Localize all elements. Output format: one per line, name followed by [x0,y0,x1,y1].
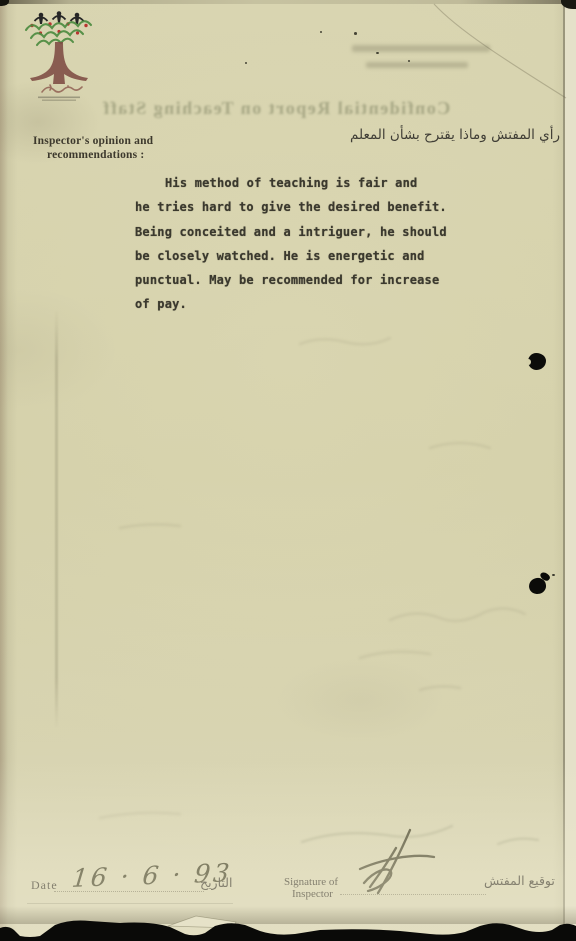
ink-speck [245,62,247,64]
date-label-arabic: التاريخ [200,875,232,890]
ink-speck [320,31,322,33]
page-right-edge [563,0,565,941]
inspector-opinion-label: Inspector's opinion and recommendations … [33,135,153,162]
tree-people-emblem-icon [20,8,98,102]
inspector-opinion-label-line1: Inspector's opinion and [33,135,153,147]
report-line: he tries hard to give the desired benefi… [135,195,455,219]
logo-trunk [30,42,88,84]
report-line: be closely watched. He is energetic and [135,244,455,268]
inspector-opinion-label-line2: recommendations : [33,149,153,163]
scan-top-edge [0,0,576,4]
report-line: Being conceited and a intriguer, he shou… [135,220,455,244]
typewritten-report-text: His method of teaching is fair and he tr… [135,171,455,317]
date-rule-line-2 [27,903,233,904]
ghost-title-bleedthrough: Confidential Report on Teaching Staff [80,98,472,119]
ghost-header-line-1 [352,45,490,52]
ink-blot [529,571,553,598]
logo-calligraphy [42,85,82,92]
ink-speck [354,32,357,35]
ghost-header-line-2 [366,62,468,68]
ink-speck [408,60,410,62]
report-line: of pay. [135,292,455,316]
ink-blot [528,353,546,370]
signature-label-arabic: توقيع المفتش [484,873,555,888]
signature-label-line2: Inspector [284,888,338,900]
inspector-signature-handwritten [350,824,445,899]
vertical-fold-crease [55,310,58,728]
signature-label-line1: Signature of [284,876,338,888]
backing-sheet-strip [565,0,576,941]
report-line: His method of teaching is fair and [135,171,455,195]
page-left-shade [0,0,8,941]
report-line: punctual. May be recommended for increas… [135,268,455,292]
scanned-report-page: Confidential Report on Teaching Staff In… [0,0,576,941]
signature-label: Signature of Inspector [284,876,338,900]
inspector-opinion-heading-arabic: رأي المفتش وماذا يقترح بشأن المعلم [350,127,560,143]
ink-speck [376,52,379,54]
torn-bottom-edge [0,909,576,941]
